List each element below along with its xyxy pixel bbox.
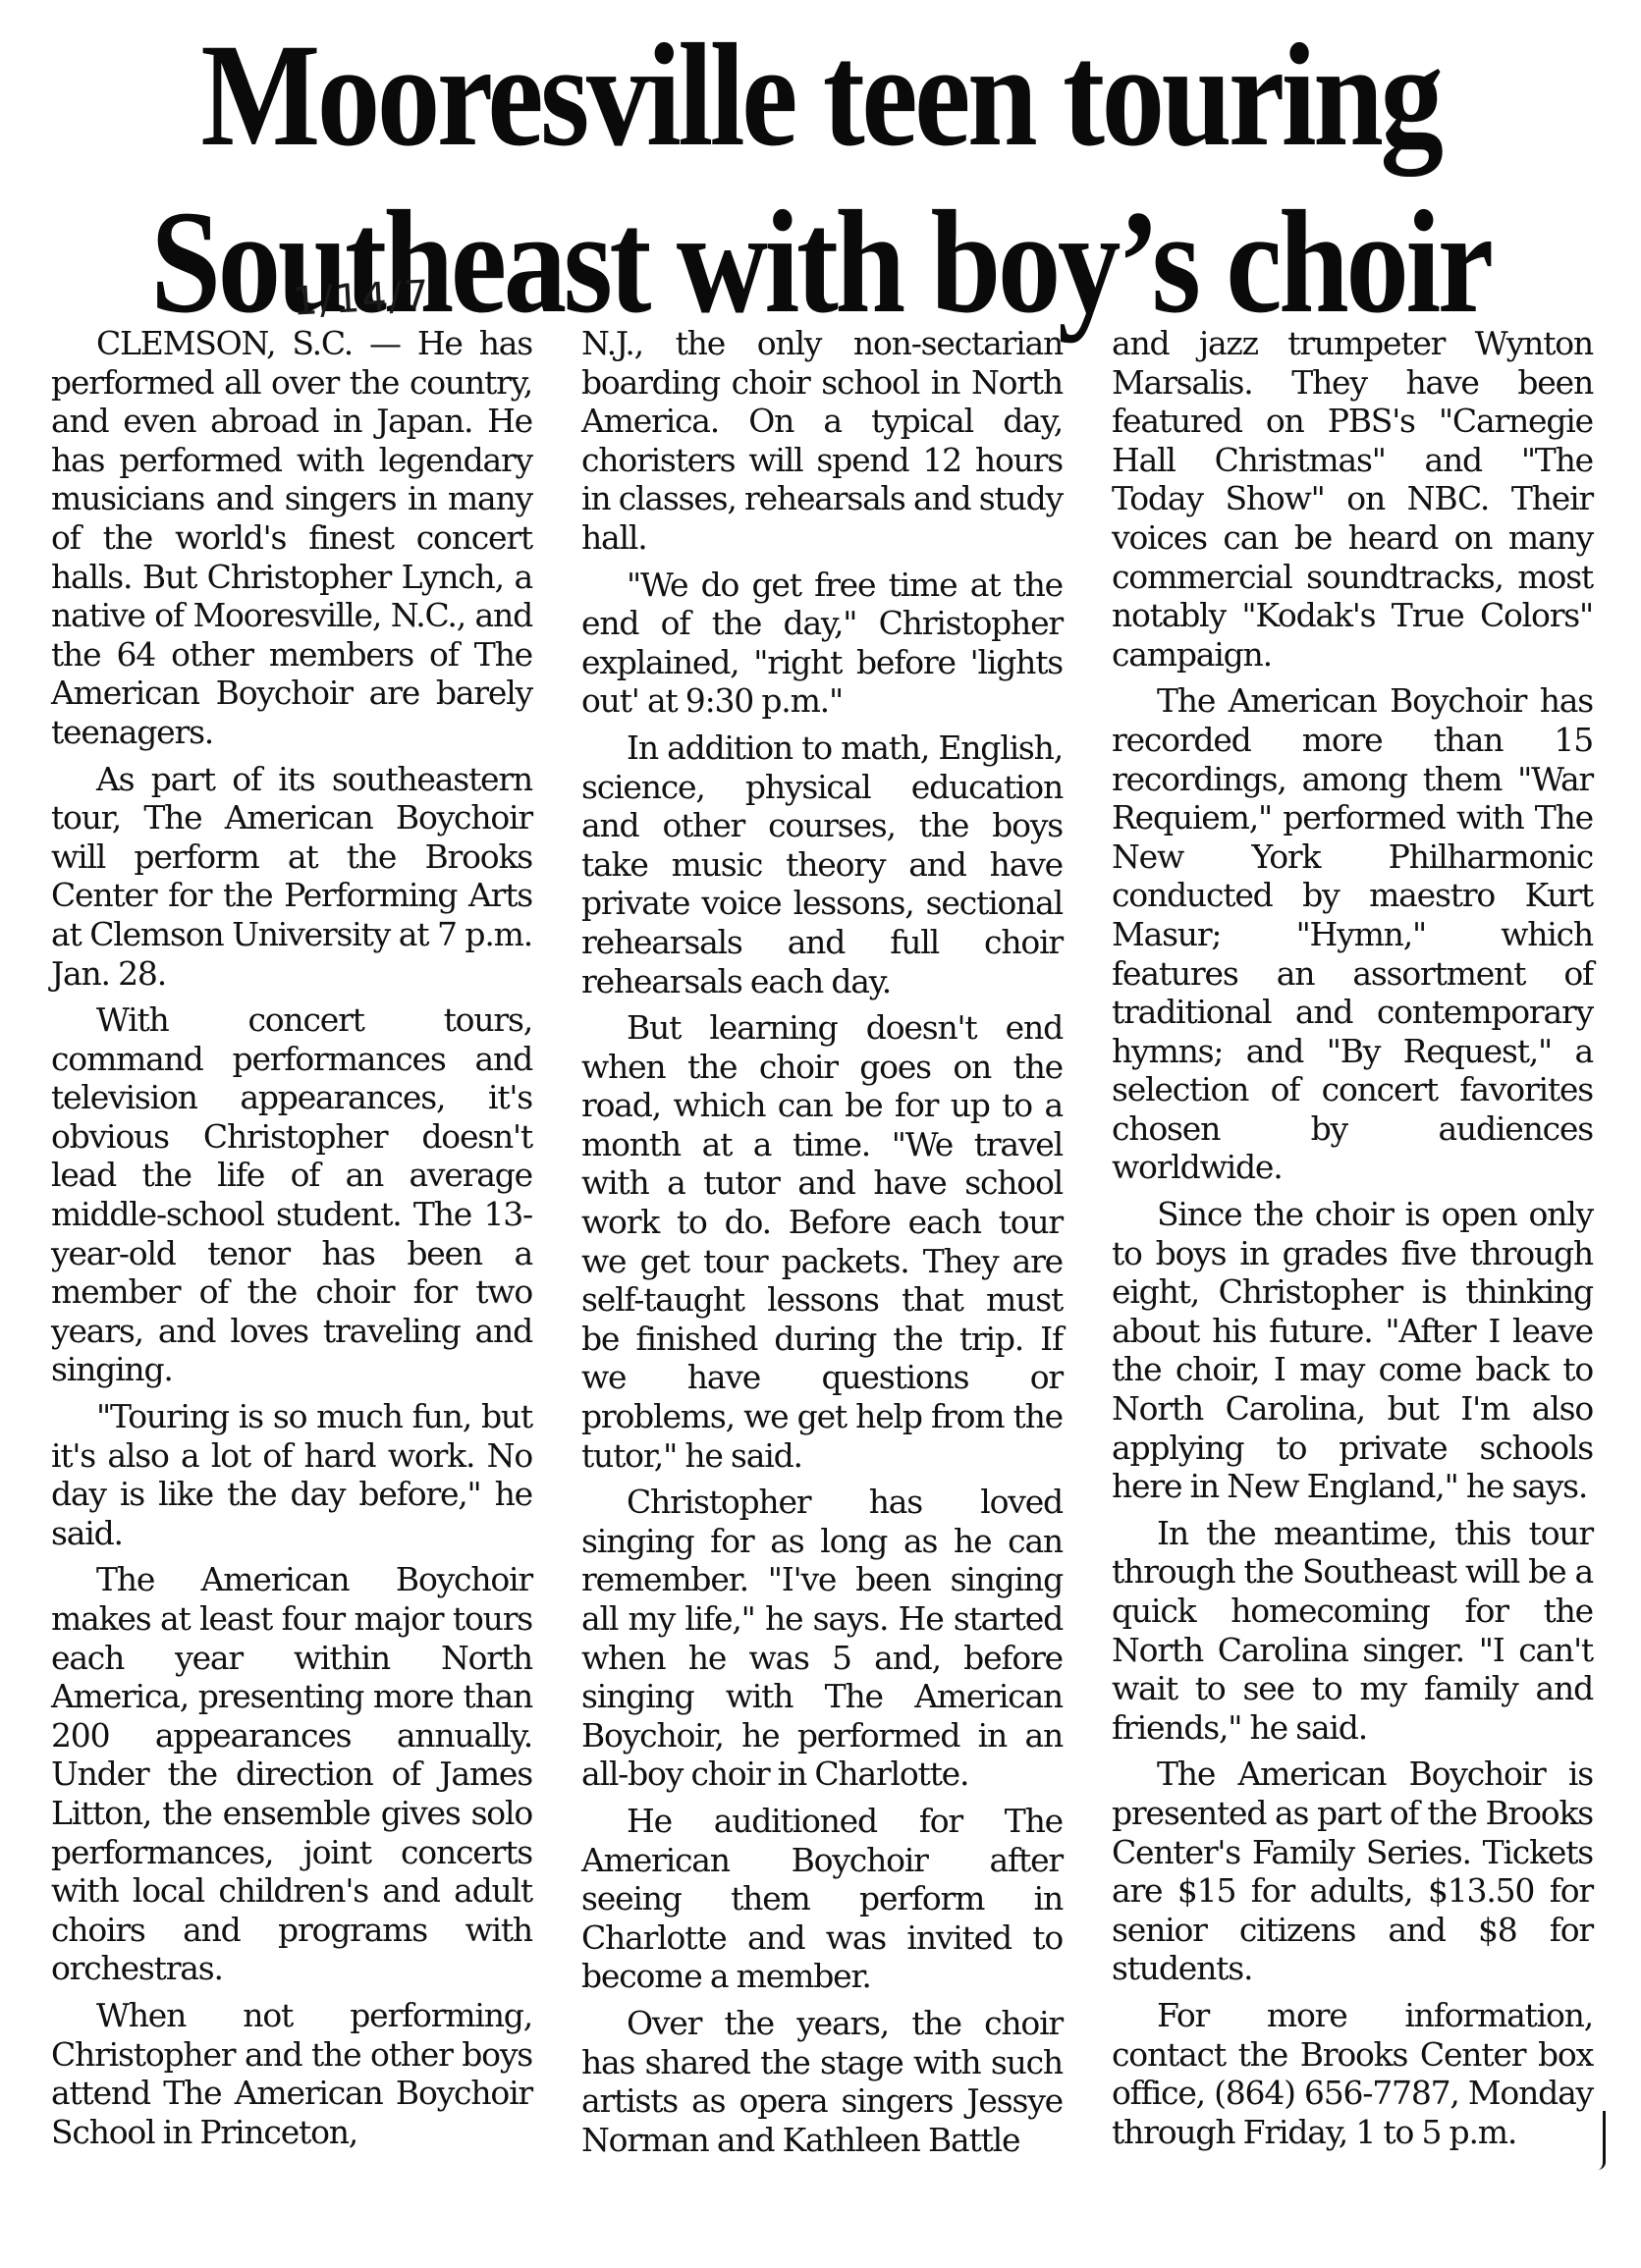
paragraph: Christopher has loved singing for as lon… xyxy=(581,1483,1063,1794)
article-column-1: CLEMSON, S.C. — He has performed all ove… xyxy=(51,324,532,2167)
paragraph: When not performing, Christopher and the… xyxy=(51,1996,532,2151)
article-column-2: N.J., the only non-sectarian boarding ch… xyxy=(581,324,1063,2167)
paragraph: With concert tours, command performances… xyxy=(51,1000,532,1389)
paragraph: The American Boychoir has recorded more … xyxy=(1112,681,1593,1187)
paragraph: CLEMSON, S.C. — He has performed all ove… xyxy=(51,324,532,752)
paragraph: "Touring is so much fun, but it's also a… xyxy=(51,1397,532,1552)
article-body: CLEMSON, S.C. — He has performed all ove… xyxy=(51,324,1593,2167)
paragraph: "We do get free time at the end of the d… xyxy=(581,566,1063,721)
paragraph: The American Boychoir makes at least fou… xyxy=(51,1560,532,1988)
paragraph-continuation: N.J., the only non-sectarian boarding ch… xyxy=(581,324,1063,558)
paragraph: He auditioned for The American Boychoir … xyxy=(581,1802,1063,1996)
paragraph: Over the years, the choir has shared the… xyxy=(581,2004,1063,2159)
paragraph: For more information, contact the Brooks… xyxy=(1112,1996,1593,2151)
article-column-3: and jazz trumpeter Wynton Marsalis. They… xyxy=(1112,324,1593,2167)
paragraph: In addition to math, English, science, p… xyxy=(581,729,1063,1000)
handwritten-date-note: 1/14/7 xyxy=(292,275,432,321)
paragraph: But learning doesn't end when the choir … xyxy=(581,1008,1063,1475)
paragraph: As part of its southeastern tour, The Am… xyxy=(51,760,532,994)
paragraph-continuation: and jazz trumpeter Wynton Marsalis. They… xyxy=(1112,324,1593,674)
paragraph: The American Boychoir is presented as pa… xyxy=(1112,1755,1593,1988)
headline-line-1: Mooresville teen touring xyxy=(115,22,1526,169)
paragraph: Since the choir is open only to boys in … xyxy=(1112,1195,1593,1506)
pen-margin-mark xyxy=(1597,2111,1606,2170)
paragraph: In the meantime, this tour through the S… xyxy=(1112,1514,1593,1748)
